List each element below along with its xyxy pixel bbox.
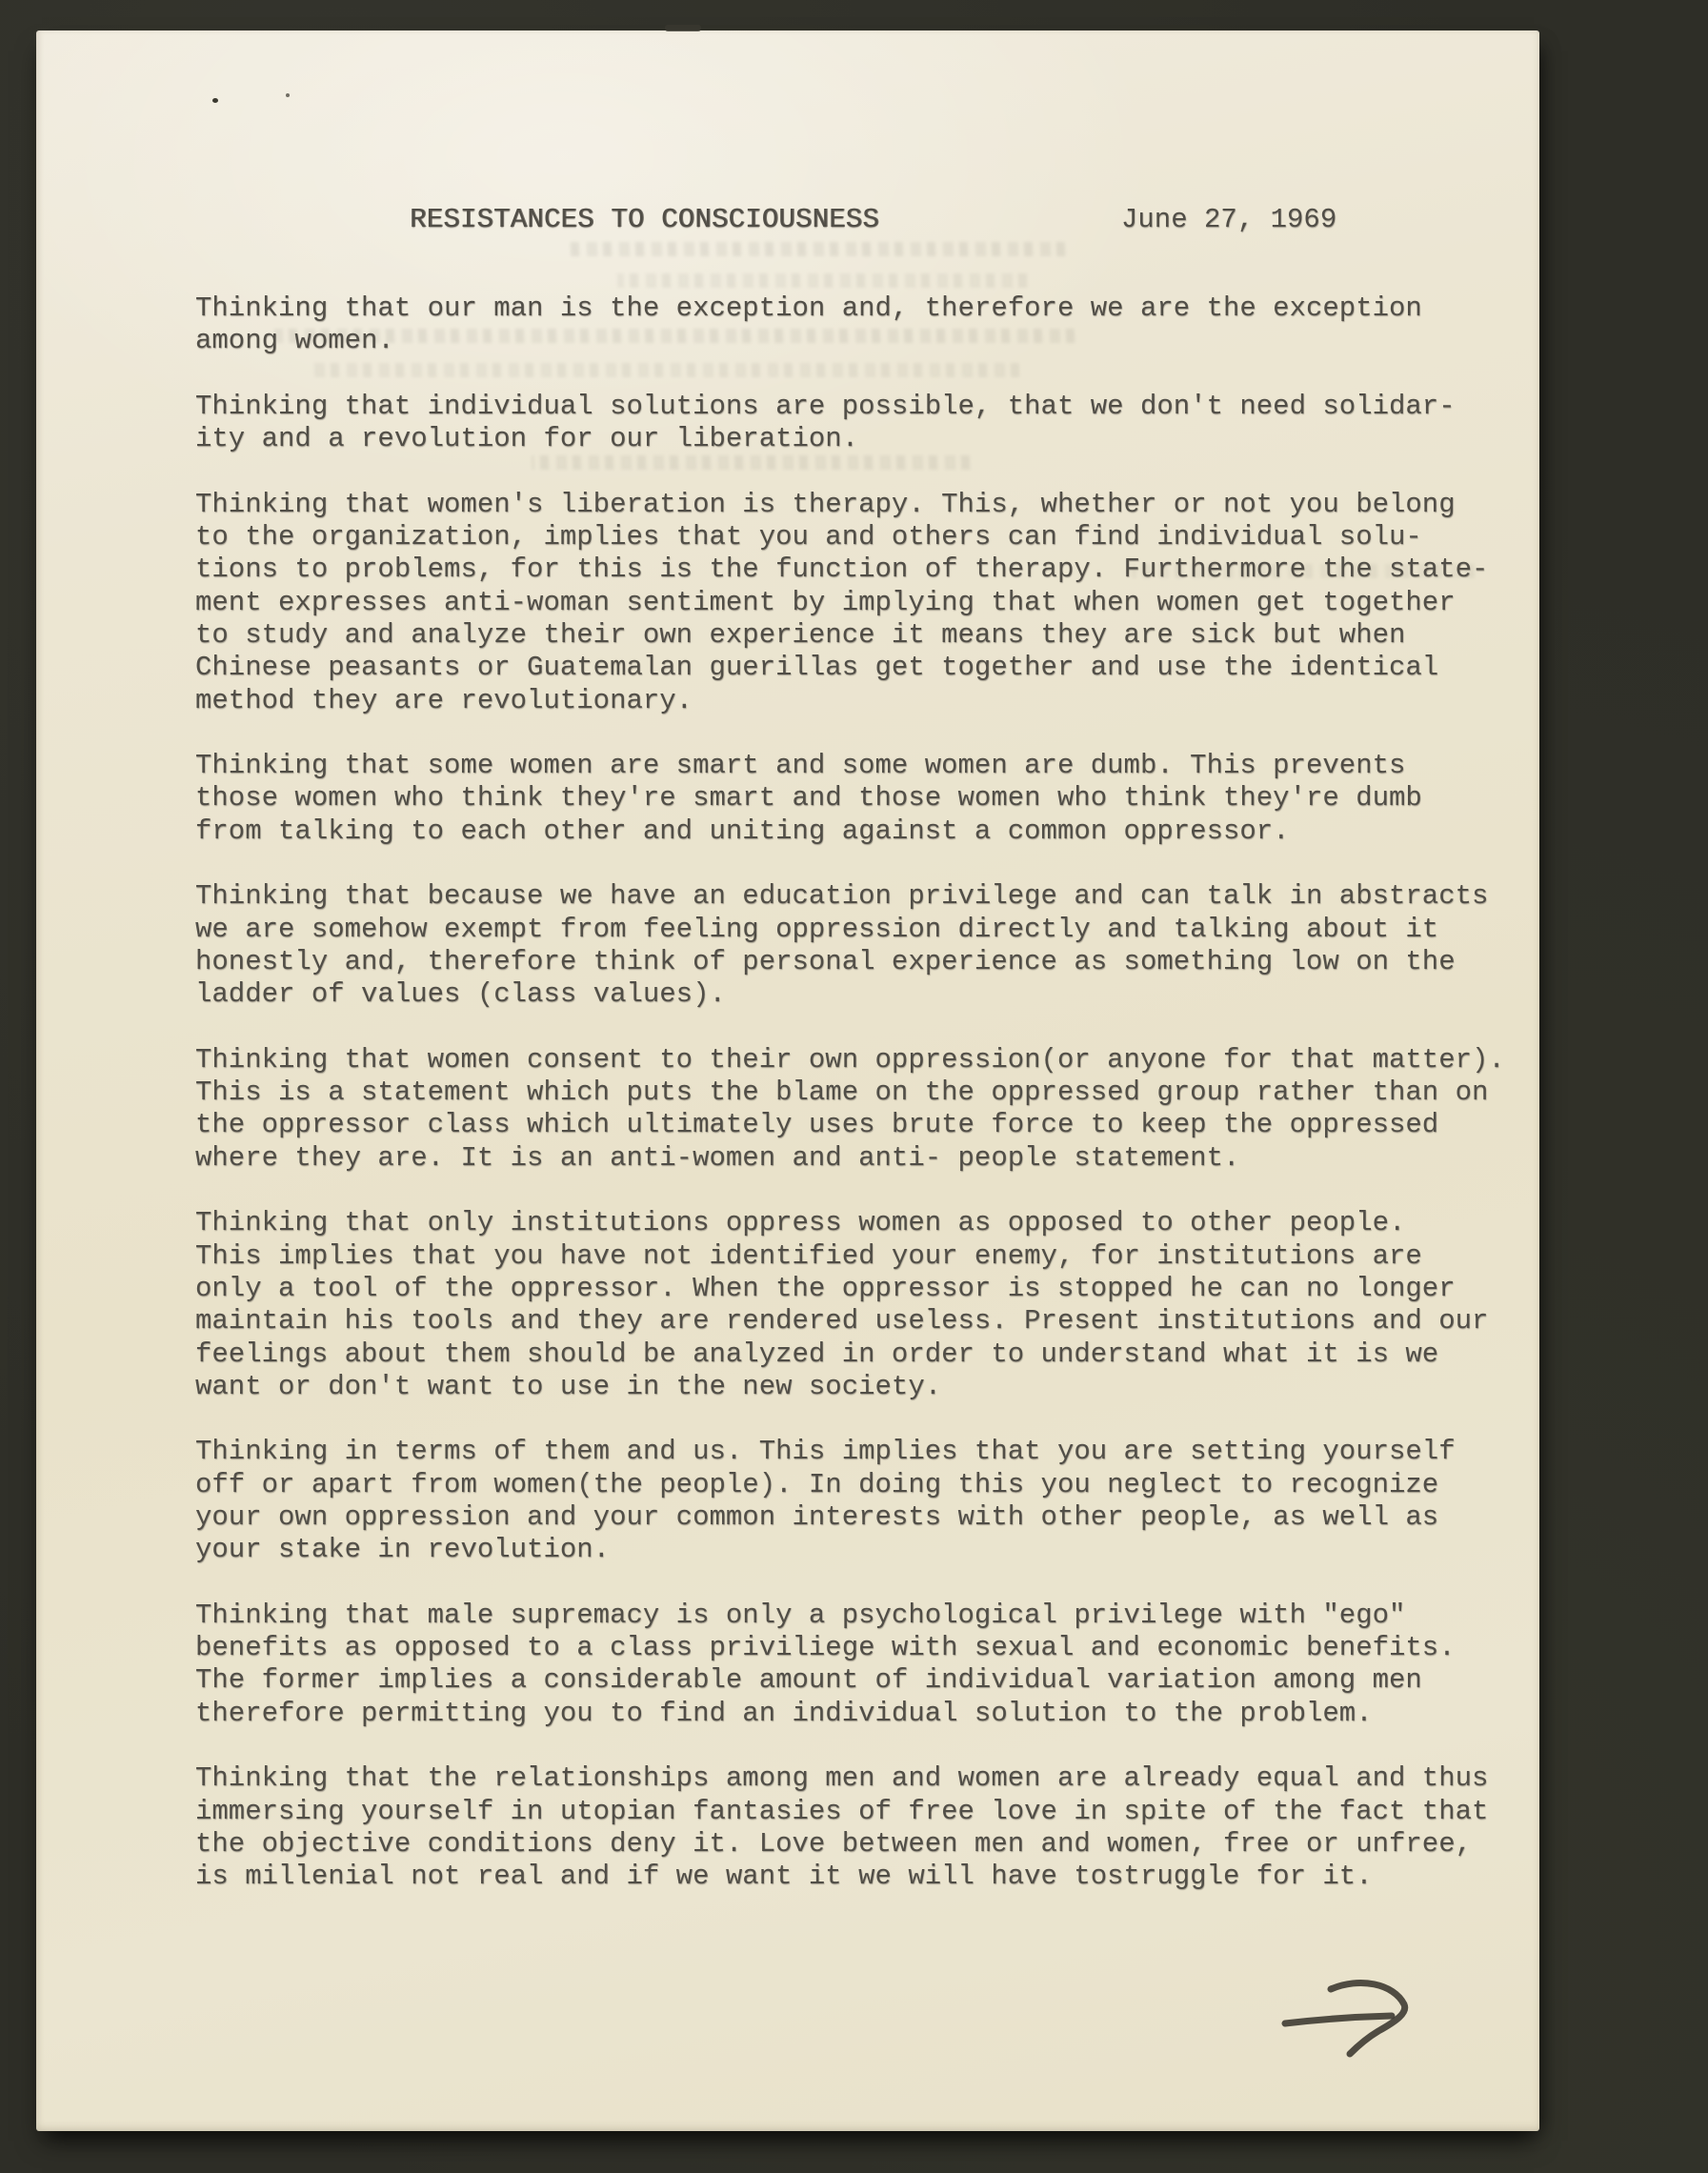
text-line: Thinking that some women are smart and s… [195,750,1529,782]
text-line: Thinking that because we have an educati… [195,880,1529,913]
text-line: off or apart from women(the people). In … [195,1469,1529,1501]
paper-speck [212,98,218,103]
paragraph: Thinking that individual solutions are p… [195,391,1529,456]
text-line: Thinking that individual solutions are p… [195,391,1529,423]
text-line: ment expresses anti-woman sentiment by i… [195,587,1529,619]
paragraph: Thinking that women consent to their own… [195,1044,1529,1175]
text-line: benefits as opposed to a class privilieg… [195,1632,1529,1664]
text-line: your own oppression and your common inte… [195,1501,1529,1534]
text-line: to study and analyze their own experienc… [195,619,1529,652]
text-line: Thinking in terms of them and us. This i… [195,1436,1529,1468]
text-line: Chinese peasants or Guatemalan guerillas… [195,652,1529,684]
document-title: RESISTANCES TO CONSCIOUSNESS [410,204,879,236]
text-line: Thinking that our man is the exception a… [195,292,1529,325]
document-page: RESISTANCES TO CONSCIOUSNESS June 27, 19… [36,30,1539,2131]
text-line: The former implies a considerable amount… [195,1664,1529,1697]
text-line: ladder of values (class values). [195,978,1529,1011]
paragraph: Thinking that women's liberation is ther… [195,489,1529,717]
document-body: Thinking that our man is the exception a… [195,292,1529,1894]
paragraph: Thinking that only institutions oppress … [195,1207,1529,1403]
text-line: your stake in revolution. [195,1534,1529,1566]
text-line: This is a statement which puts the blame… [195,1076,1529,1109]
paper-speck [286,93,290,97]
text-line: tions to problems, for this is the funct… [195,553,1529,586]
text-line: Thinking that the relationships among me… [195,1762,1529,1795]
text-line: Thinking that male supremacy is only a p… [195,1600,1529,1632]
paragraph: Thinking that because we have an educati… [195,880,1529,1011]
text-line: those women who think they're smart and … [195,782,1529,815]
paper-speck [665,25,701,31]
text-line: immersing yourself in utopian fantasies … [195,1796,1529,1828]
text-line: the objective conditions deny it. Love b… [195,1828,1529,1861]
scanned-photo-background: RESISTANCES TO CONSCIOUSNESS June 27, 19… [0,0,1708,2173]
text-line: the oppressor class which ultimately use… [195,1109,1529,1141]
paragraph: Thinking that some women are smart and s… [195,750,1529,848]
text-line: feelings about them should be analyzed i… [195,1338,1529,1371]
paragraph: Thinking that our man is the exception a… [195,292,1529,358]
text-line: maintain his tools and they are rendered… [195,1305,1529,1338]
paragraph: Thinking in terms of them and us. This i… [195,1436,1529,1566]
bleed-through-smudge [617,273,1028,288]
text-line: where they are. It is an anti-women and … [195,1142,1529,1175]
text-line: to the organization, implies that you an… [195,521,1529,553]
text-line: honestly and, therefore think of persona… [195,946,1529,978]
text-line: we are somehow exempt from feeling oppre… [195,914,1529,946]
text-line: among women. [195,325,1529,357]
text-line: method they are revolutionary. [195,685,1529,717]
text-line: This implies that you have not identifie… [195,1240,1529,1273]
document-header: RESISTANCES TO CONSCIOUSNESS June 27, 19… [36,204,1539,237]
text-line: ity and a revolution for our liberation. [195,423,1529,455]
text-line: from talking to each other and uniting a… [195,815,1529,848]
bleed-through-smudge [570,242,1066,256]
paragraph: Thinking that the relationships among me… [195,1762,1529,1893]
paragraph: Thinking that male supremacy is only a p… [195,1600,1529,1730]
handwritten-arrow-icon [1279,1964,1432,2069]
text-line: want or don't want to use in the new soc… [195,1371,1529,1403]
text-line: is millenial not real and if we want it … [195,1861,1529,1893]
text-line: only a tool of the oppressor. When the o… [195,1273,1529,1305]
text-line: Thinking that women consent to their own… [195,1044,1529,1076]
text-line: therefore permitting you to find an indi… [195,1698,1529,1730]
text-line: Thinking that women's liberation is ther… [195,489,1529,521]
document-date: June 27, 1969 [1121,204,1336,236]
text-line: Thinking that only institutions oppress … [195,1207,1529,1239]
